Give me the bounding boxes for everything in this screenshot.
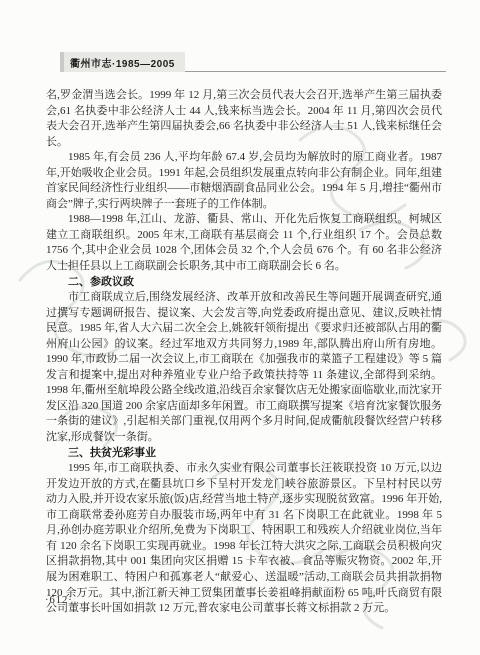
body-paragraph: 市工商联成立后,围绕发展经济、改革开放和改善民生等问题开展调查研究,通过撰写专题… <box>46 290 442 445</box>
book-title-badge: 衢州市志·1985—2005 <box>60 52 185 72</box>
body-paragraph: 名,罗金渭当选会长。1999 年 12 月,第三次会员代表大会召开,选举产生第三… <box>46 88 442 150</box>
body-paragraph: 1985 年,有会员 236 人,平均年龄 67.4 岁,会员均为解放时的原工商… <box>46 150 442 212</box>
section-heading: 二、参政议政 <box>46 275 442 291</box>
section-heading: 三、扶贫光彩事业 <box>46 446 442 462</box>
page-body: 名,罗金渭当选会长。1999 年 12 月,第三次会员代表大会召开,选举产生第三… <box>46 88 442 617</box>
book-title: 衢州市志·1985—2005 <box>70 55 175 70</box>
body-paragraph: 1995 年,市工商联执委、市永久实业有限公司董事长汪筱联投资 10 万元,以边… <box>46 461 442 616</box>
body-paragraph: 1988—1998 年,江山、龙游、衢县、常山、开化先后恢复工商联组织。柯城区建… <box>46 212 442 274</box>
book-page: 衢州市志·1985—2005 名,罗金渭当选会长。1999 年 12 月,第三次… <box>0 0 480 655</box>
running-head: 衢州市志·1985—2005 <box>60 52 446 72</box>
page-number: ·612· <box>45 595 73 606</box>
